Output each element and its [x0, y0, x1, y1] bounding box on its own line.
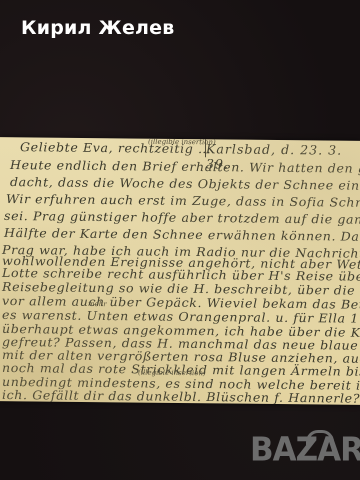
letter-line: sei. Prag günstiger hoffe aber trotzdem … — [4, 209, 360, 228]
letter-line: Hälfte der Karte den Schnee erwähnen kön… — [4, 226, 360, 245]
letter-line: Wir erfuhren auch erst im Zuge, dass in … — [6, 192, 360, 211]
handwritten-postcard[interactable]: Geliebte Eva, rechtzeitig … (illegible i… — [0, 137, 360, 405]
bazar-watermark-logo: BAZAR — [250, 431, 360, 469]
inserted-note: mehr — [88, 300, 107, 308]
letter-line: dacht, dass die Woche des Objekts der Sc… — [10, 175, 360, 193]
seller-name[interactable]: Кирил Желев — [21, 17, 174, 39]
letter-line: Heute endlich den Brief erhalten. Wir ha… — [10, 158, 360, 176]
